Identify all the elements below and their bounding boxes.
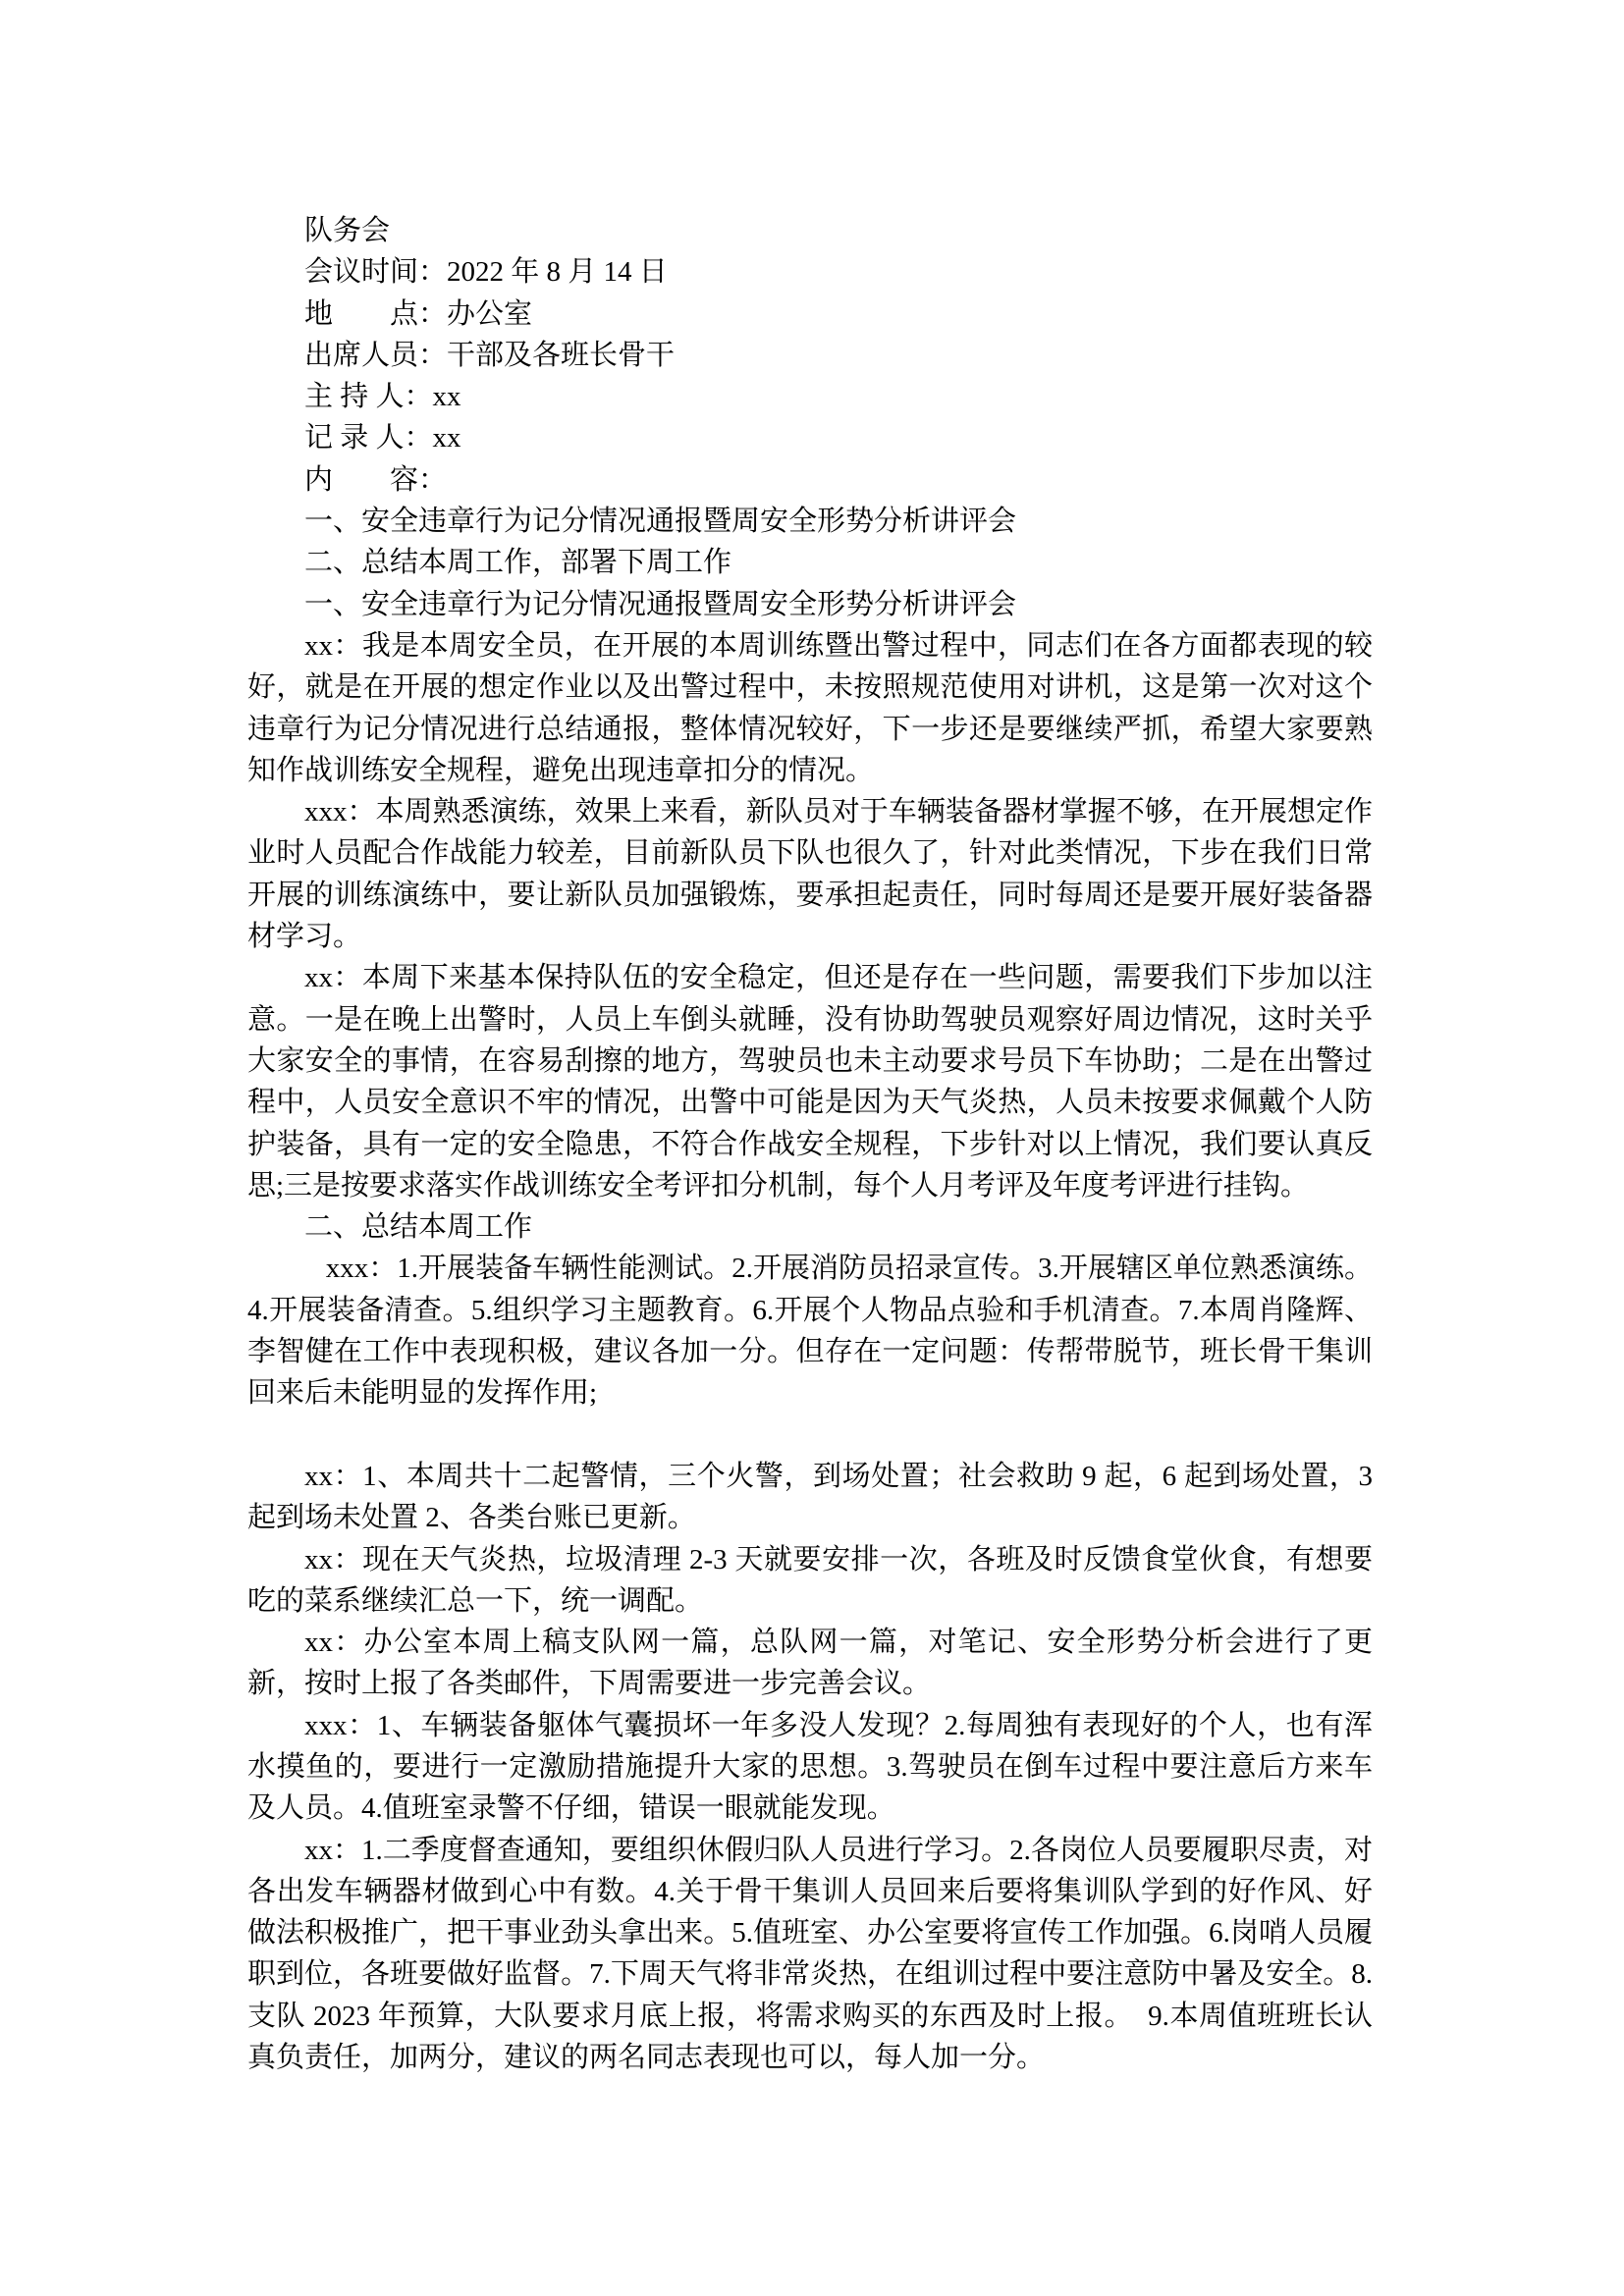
document-page: 队务会 会议时间：2022 年 8 月 14 日 地 点：办公室 出席人员：干部… <box>247 210 1373 2078</box>
agenda-item-2: 二、总结本周工作，部署下周工作 <box>247 542 1373 583</box>
meta-line-recorder: 记 录 人：xx <box>247 417 1373 458</box>
speech-paragraph: xx：办公室本周上稿支队网一篇，总队网一篇，对笔记、安全形势分析会进行了更新，按… <box>247 1622 1373 1705</box>
meta-line-host: 主 持 人：xx <box>247 376 1373 417</box>
speech-paragraph: xx：现在天气炎热，垃圾清理 2-3 天就要安排一次，各班及时反馈食堂伙食，有想… <box>247 1539 1373 1623</box>
meta-line-content-label: 内 容： <box>247 459 1373 501</box>
speech-paragraph: xxx：本周熟悉演练，效果上来看，新队员对于车辆装备器材掌握不够，在开展想定作业… <box>247 791 1373 957</box>
speech-paragraph: xx：1.二季度督查通知，要组织休假归队人员进行学习。2.各岗位人员要履职尽责，… <box>247 1830 1373 2079</box>
meta-line-attendees: 出席人员：干部及各班长骨干 <box>247 335 1373 376</box>
agenda-item-1: 一、安全违章行为记分情况通报暨周安全形势分析讲评会 <box>247 501 1373 542</box>
meta-line-location: 地 点：办公室 <box>247 294 1373 335</box>
speech-paragraph: xxx：1.开展装备车辆性能测试。2.开展消防员招录宣传。3.开展辖区单位熟悉演… <box>247 1248 1373 1414</box>
section2-title: 二、总结本周工作 <box>247 1206 1373 1248</box>
speech-paragraph: xx：1、本周共十二起警情，三个火警，到场处置；社会救助 9 起，6 起到场处置… <box>247 1456 1373 1539</box>
doc-title: 队务会 <box>247 210 1373 251</box>
meta-line-meeting-time: 会议时间：2022 年 8 月 14 日 <box>247 251 1373 293</box>
speech-paragraph: xx：本周下来基本保持队伍的安全稳定，但还是存在一些问题，需要我们下步加以注意。… <box>247 957 1373 1206</box>
section1-title: 一、安全违章行为记分情况通报暨周安全形势分析讲评会 <box>247 584 1373 625</box>
speech-paragraph: xx：我是本周安全员，在开展的本周训练暨出警过程中，同志们在各方面都表现的较好，… <box>247 625 1373 791</box>
speech-paragraph: xxx：1、车辆装备躯体气囊损坏一年多没人发现？2.每周独有表现好的个人，也有浑… <box>247 1705 1373 1830</box>
